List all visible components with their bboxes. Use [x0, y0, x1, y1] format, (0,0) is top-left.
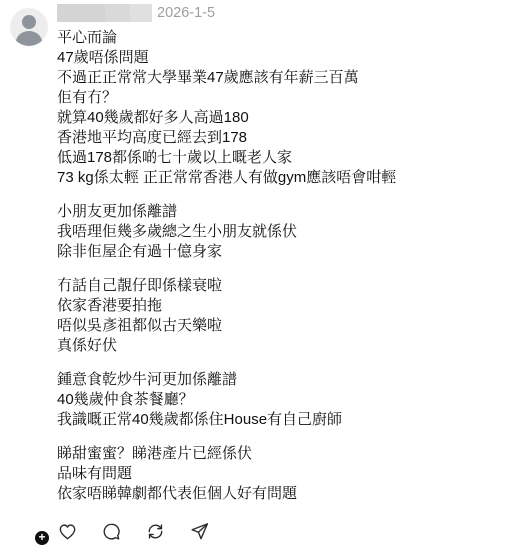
post-paragraph: 睇甜蜜蜜？睇港產片已經係伏 品味有問題 依家唔睇韓劇都代表佢個人好有問題: [57, 444, 520, 504]
post-header: 2026-1-5: [57, 4, 520, 28]
comment-button[interactable]: [101, 521, 122, 542]
avatar-silhouette-head: [22, 15, 36, 29]
username-redaction: [57, 4, 152, 22]
post-date: 2026-1-5: [157, 4, 215, 22]
redaction-block: [130, 4, 152, 22]
repost-icon: [145, 521, 166, 542]
repost-button[interactable]: [145, 521, 166, 542]
post-paragraph: 鍾意食乾炒牛河更加係離譜 40幾歲仲食茶餐廳？ 我識嘅正常40幾歲都係住Hous…: [57, 370, 520, 430]
post: + 2026-1-5 平心而論 47歲唔係問題 不過正正常常大學畢業47歲應該有…: [0, 0, 532, 542]
like-button[interactable]: [57, 521, 78, 542]
redaction-block: [57, 4, 105, 22]
post-actions: [57, 521, 520, 542]
post-paragraph: 冇話自己靚仔即係樣衰啦 依家香港要拍拖 唔似吳彥祖都似古天樂啦 真係好伏: [57, 276, 520, 356]
avatar[interactable]: [10, 8, 48, 46]
heart-icon: [57, 521, 78, 542]
post-body: 平心而論 47歲唔係問題 不過正正常常大學畢業47歲應該有年薪三百萬 佢有冇？ …: [57, 28, 520, 504]
share-button[interactable]: [189, 521, 210, 542]
post-paragraph: 平心而論 47歲唔係問題 不過正正常常大學畢業47歲應該有年薪三百萬 佢有冇？ …: [57, 28, 520, 188]
post-paragraph: 小朋友更加係離譜 我唔理佢幾多歲總之生小朋友就係伏 除非佢屋企有過十億身家: [57, 202, 520, 262]
paper-plane-icon: [189, 521, 210, 542]
avatar-silhouette-body: [16, 31, 42, 46]
post-content: 2026-1-5 平心而論 47歲唔係問題 不過正正常常大學畢業47歲應該有年薪…: [57, 8, 520, 542]
follow-plus-badge[interactable]: +: [33, 529, 51, 547]
redaction-block: [105, 4, 130, 22]
avatar-column: +: [10, 8, 48, 542]
speech-bubble-icon: [101, 521, 122, 542]
